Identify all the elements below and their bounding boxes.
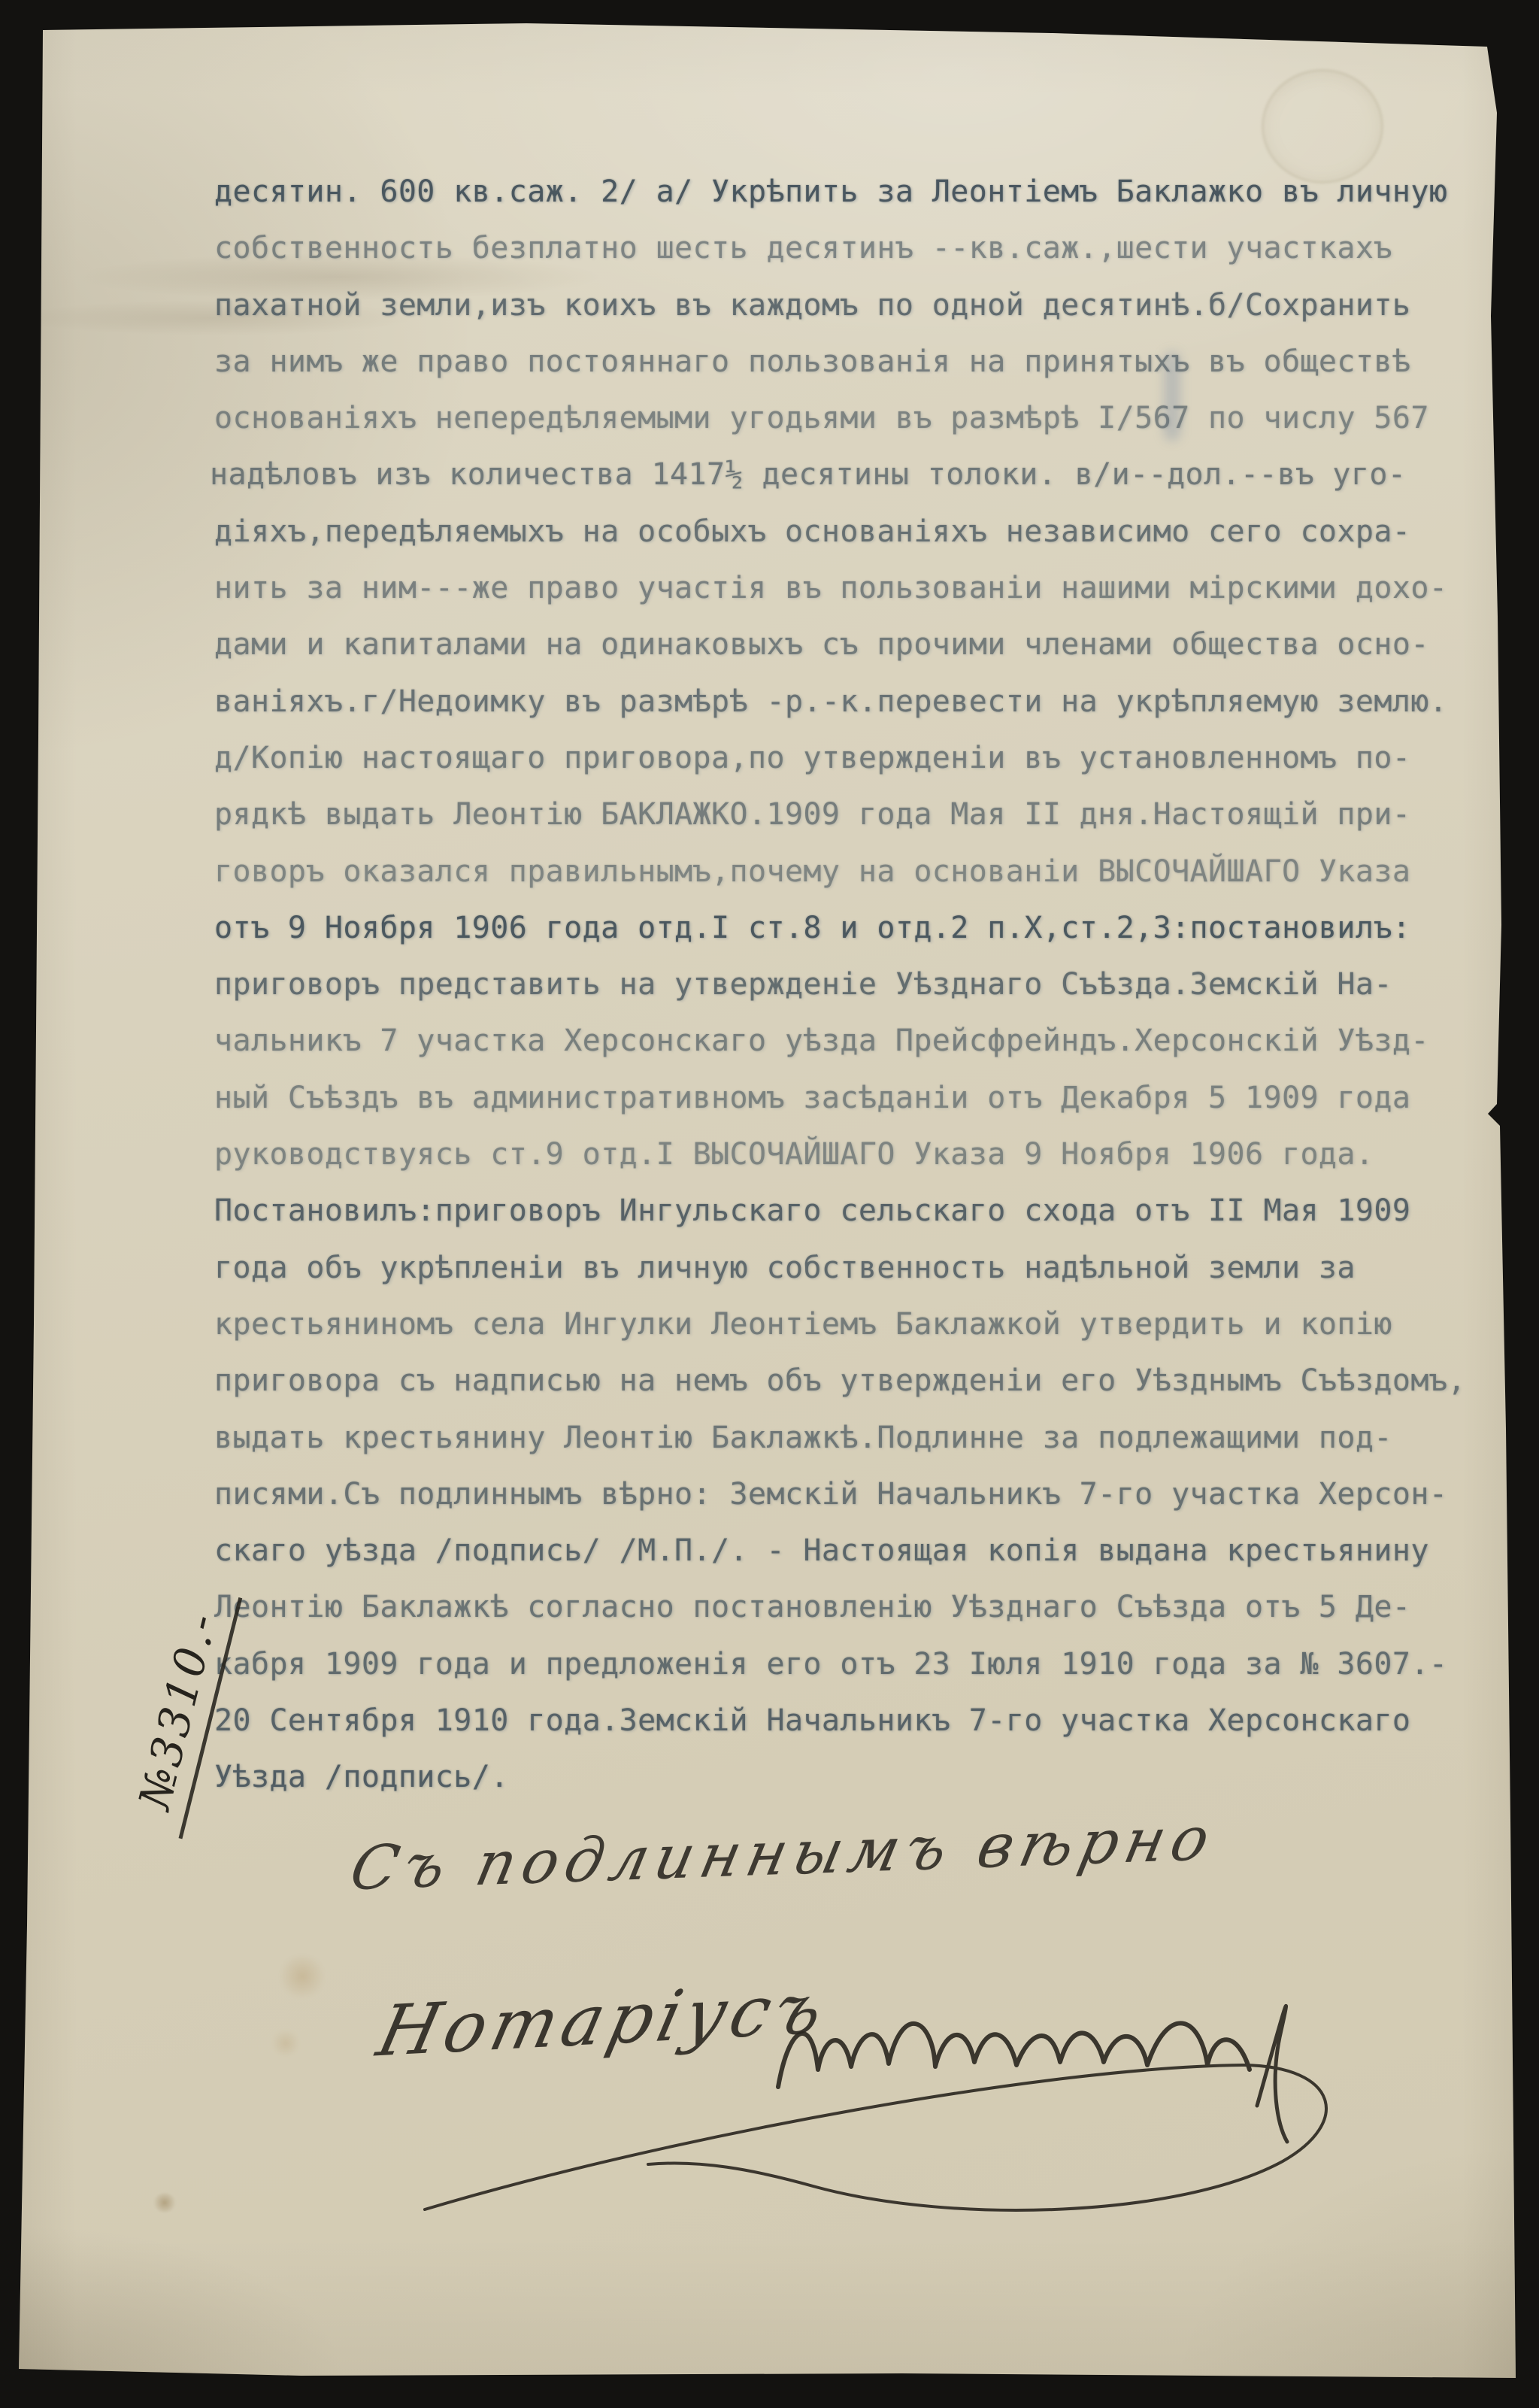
typed-line: Постановилъ:приговоръ Ингульскаго сельск… [214,1183,1462,1239]
typed-line: ваніяхъ.г/Недоимку въ размѣрѣ -р.-к.пере… [214,674,1462,730]
typed-line: 20 Сентября 1910 года.Земскій Начальникъ… [214,1693,1462,1749]
typed-line: руководствуясь ст.9 отд.I ВЫСОЧАЙШАГО Ук… [214,1127,1462,1183]
typed-line: скаго уѣзда /подпись/ /М.П./. - Настояща… [214,1523,1462,1579]
scan-background: десятин. 600 кв.саж. 2/ а/ Укрѣпить за Л… [0,0,1539,2408]
document-page: десятин. 600 кв.саж. 2/ а/ Укрѣпить за Л… [0,0,1539,2408]
signature-stroke [778,2023,1250,2087]
typed-line: нить за ним---же право участія въ пользо… [214,560,1462,617]
typed-line: крестьяниномъ села Ингулки Леонтіемъ Бак… [214,1296,1462,1353]
typed-line: ный Съѣздъ въ административномъ засѣдані… [214,1070,1462,1127]
typed-line: Леонтію Баклажкѣ согласно постановленію … [214,1579,1462,1636]
typed-line: Уѣзда /подпись/. [214,1749,1462,1806]
typed-line: дами и капиталами на одинаковыхъ съ проч… [214,617,1462,673]
typed-line: надѣловъ изъ количества 1417½ десятины т… [210,447,1462,503]
typed-line: года объ укрѣпленіи въ личную собственно… [214,1240,1462,1296]
typed-line: собственность безплатно шесть десятинъ -… [214,220,1462,277]
typed-line: приговора съ надписью на немъ объ утверж… [214,1353,1462,1409]
typed-text: десятин. 600 кв.саж. 2/ а/ Укрѣпить за Л… [214,164,1462,1806]
typed-line: основаніяхъ непередѣляемыми угодьями въ … [214,390,1462,447]
typed-line: десятин. 600 кв.саж. 2/ а/ Укрѣпить за Л… [214,164,1462,220]
signature-stroke [1257,2006,1287,2142]
typed-line: приговоръ представить на утвержденіе Уѣз… [214,957,1462,1013]
typed-line: кабря 1909 года и предложенія его отъ 23… [214,1636,1462,1693]
typed-line: говоръ оказался правильнымъ,почему на ос… [214,844,1462,900]
paper-stain-dot [153,2193,176,2212]
typed-line: писями.Съ подлиннымъ вѣрно: Земскій Нача… [214,1466,1462,1523]
typed-line: рядкѣ выдать Леонтію БАКЛАЖКО.1909 года … [214,787,1462,843]
typed-line: чальникъ 7 участка Херсонскаго уѣзда Пре… [214,1013,1462,1069]
notary-title-handwritten: Нотаріусъ [370,1967,835,2073]
typed-line: пахатной земли,изъ коихъ въ каждомъ по о… [214,277,1462,334]
handwritten-certification: Съ подлиннымъ вѣрно [344,1803,1222,1904]
foxing-spot [271,2030,301,2056]
typed-line: выдать крестьянину Леонтію Баклажкѣ.Подл… [214,1410,1462,1466]
typed-line: отъ 9 Ноября 1906 года отд.I ст.8 и отд.… [214,900,1462,957]
signature-flourish [425,2065,1326,2210]
typed-line: д/Копію настоящаго приговора,по утвержде… [214,730,1462,787]
foxing-spot [278,1955,326,1997]
typed-line: за нимъ же право постояннаго пользованія… [214,334,1462,390]
typed-line: діяхъ,передѣляемыхъ на особыхъ основанія… [214,504,1462,560]
